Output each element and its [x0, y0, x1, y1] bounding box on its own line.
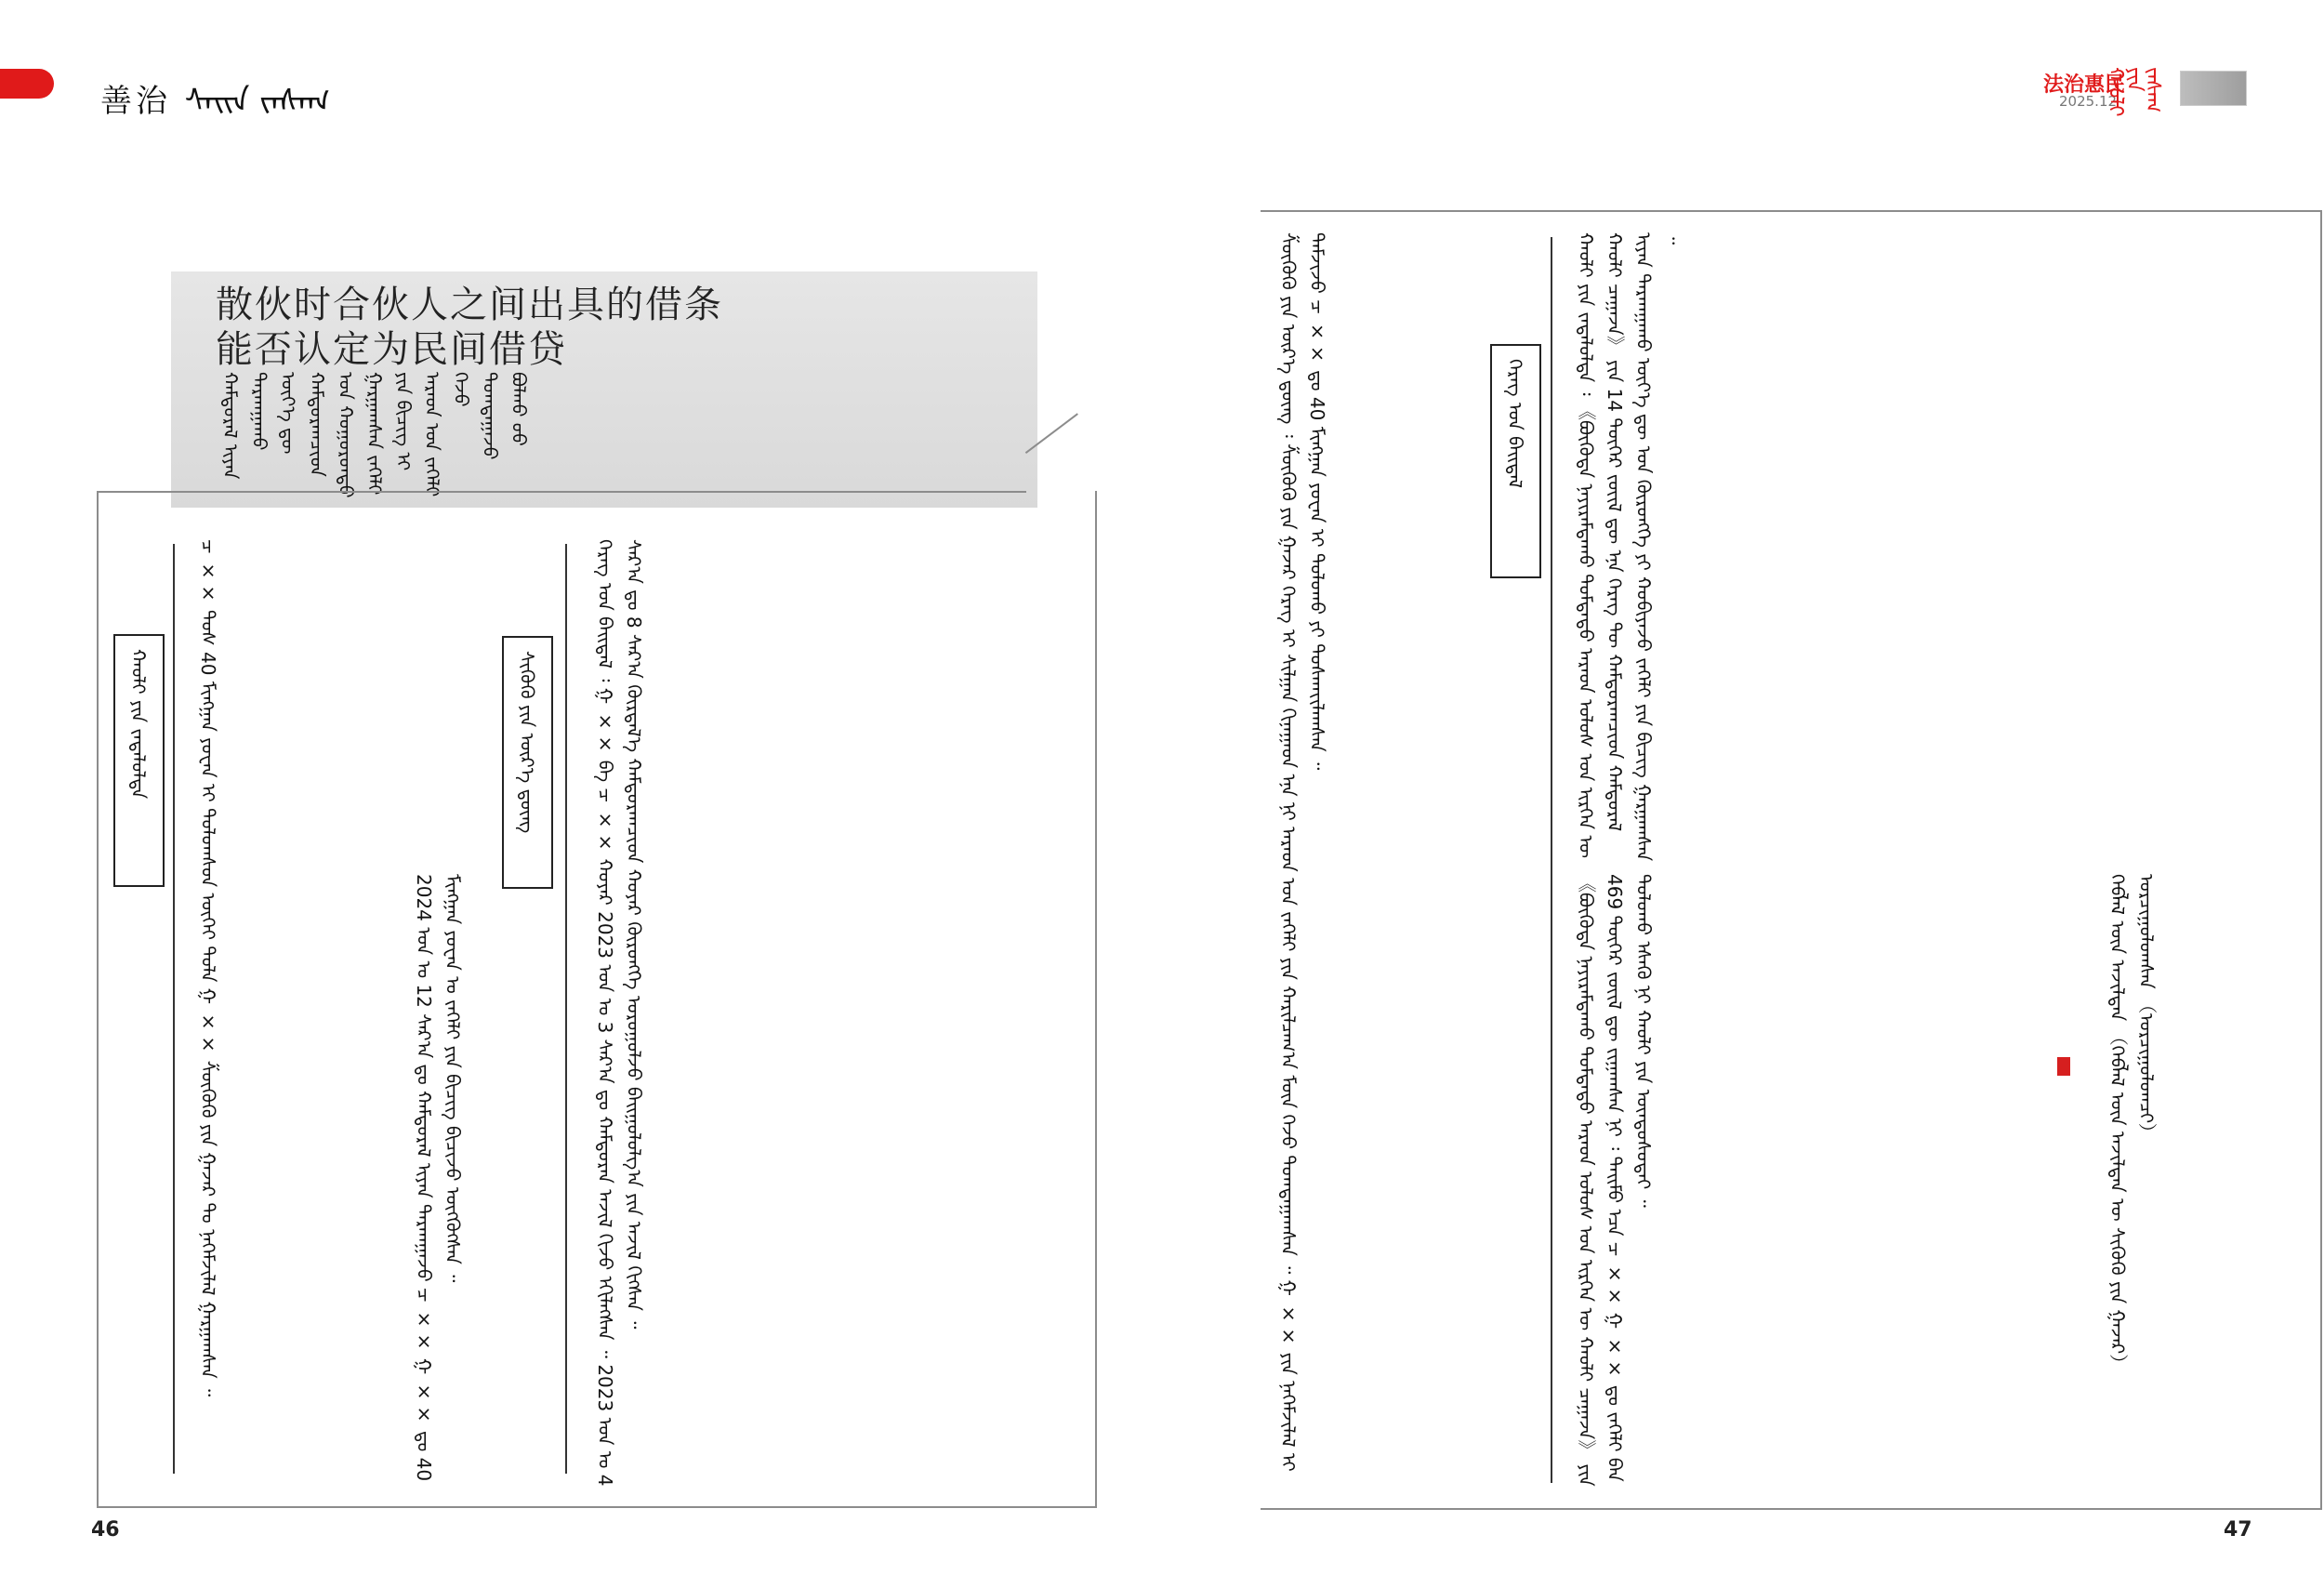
section-label: 善治 ᠰᠠᠢᠨ ᠵᠠᠰᠠᠭ	[100, 65, 330, 121]
column-rule	[565, 544, 567, 1474]
column-rule	[1551, 237, 1552, 1483]
end-mark-icon	[2057, 1057, 2070, 1076]
paragraph: ᠬᠡᠷᠡᠭ ᠤᠨ ᠪᠠᠢᠳᠠᠯ ᠄ ᠭ ×× ᠪᠠ ᠴ ×× ᠬᠣᠶᠠᠷ 202…	[594, 539, 616, 1358]
section-color-tab	[0, 69, 54, 99]
subheading-court-judgment: ᠰᠢᠭᠦᠬᠦ ᠶᠢᠨ ᠦᠷ᠎ᠡ ᠳ᠋ᠦᠩ	[502, 636, 553, 889]
column-rule	[173, 544, 175, 1474]
paragraph: ᠴ ×× ᠲᠤᠰ 40 ᠮᠢᠩᠭᠠᠨ ᠶᠤᠸᠠᠨ ᠢ ᠲᠣᠯᠣᠭᠰᠣᠨ ᠦᠭᠡᠢ…	[197, 539, 219, 1396]
panel-divider	[97, 491, 1026, 493]
text-column-block: ᠬᠠᠤᠯᠢ ᠶᠢᠨ ᠵᠠᠳᠠᠯᠤᠯᠲᠠ ᠄ 《ᠪᠦᠭᠦᠳᠡ ᠨᠠᠶᠢᠷᠠᠮᠳᠠᠬ…	[1571, 232, 2296, 865]
author-affiliation: （ᠬᠡᠪᠯᠡᠯ ᠦᠨ ᠠᠵᠢᠯᠲᠠᠨ ᠦ ᠰᠢᠭᠦᠬᠦ ᠶᠢᠨ ᠭᠠᠵᠠᠷ）	[2106, 1026, 2129, 1372]
subheading-case-facts: ᠬᠡᠷᠡᠭ ᠤᠨ ᠪᠠᠢᠳᠠᠯ	[1490, 344, 1541, 578]
article-title-mongol: ᠬᠠᠮᠲᠤᠷᠠᠯ ᠢᠶᠠᠨ ᠲᠠᠷᠬᠠᠭᠠᠬᠤ ᠦᠶ᠎ᠡ ᠳᠦ ᠬᠠᠮᠲᠤᠷᠠᠭ…	[216, 372, 866, 498]
text-column-block: 2024 ᠣᠨ ᠤ 12 ᠰᠠᠷ᠎ᠠ ᠳᠤ ᠬᠠᠮᠲᠤᠷᠠᠯ ᠢᠶᠠᠨ ᠲᠠᠷᠬ…	[409, 874, 493, 1488]
magazine-logo-icon	[2180, 71, 2247, 106]
text-column-block: ᠴ ×× ᠲᠤᠰ 40 ᠮᠢᠩᠭᠠᠨ ᠶᠤᠸᠠᠨ ᠢ ᠲᠣᠯᠣᠭᠰᠣᠨ ᠦᠭᠡᠢ…	[193, 539, 398, 1488]
subheading-legal-analysis: ᠬᠠᠤᠯᠢ ᠶᠢᠨ ᠵᠠᠳᠠᠯᠤᠯᠲᠠ	[113, 634, 165, 887]
author-name: ᠬᠡᠪᠯᠡᠯ ᠦᠨ ᠠᠵᠢᠯᠲᠠᠨ	[2106, 874, 2129, 1021]
translator-name: ᠣᠷᠴᠢᠭᠤᠯᠤᠭᠰᠠᠨ	[2135, 874, 2158, 989]
paragraph: ᠱᠦᠭᠦᠬᠦ ᠶᠢᠨ ᠦᠷ᠎ᠡ ᠳ᠋ᠦᠩ ᠄ ᠱᠦᠭᠦᠬᠦ ᠶᠢᠨ ᠭᠠᠵᠠᠷ …	[1277, 232, 1300, 1274]
text-column-block: 《ᠪᠦᠭᠦᠳᠡ ᠨᠠᠶᠢᠷᠠᠮᠳᠠᠬᠤ ᠳᠤᠮᠳᠠᠳᠤ ᠠᠷᠠᠳ ᠤᠯᠤᠰ ᠤᠨ…	[1571, 874, 2092, 1488]
paragraph: 2024 ᠣᠨ ᠤ 12 ᠰᠠᠷ᠎ᠠ ᠳᠤ ᠬᠠᠮᠲᠤᠷᠠᠯ ᠢᠶᠠᠨ ᠲᠠᠷᠬ…	[413, 874, 464, 1481]
page-number-left: 46	[91, 1518, 120, 1542]
byline-block: ᠬᠡᠪᠯᠡᠯ ᠦᠨ ᠠᠵᠢᠯᠲᠠᠨ （ᠬᠡᠪᠯᠡᠯ ᠦᠨ ᠠᠵᠢᠯᠲᠠᠨ ᠦ ᠰ…	[2103, 874, 2289, 1488]
article-title-cn: 散伙时合伙人之间出具的借条 能否认定为民间借贷	[216, 283, 723, 372]
page-number-right: 47	[2224, 1518, 2252, 1542]
magazine-title-mongol: ᠬᠠᠤᠯᠢ ᠶᠢᠨ ᠵᠠᠰᠠᠭ	[2106, 67, 2161, 113]
article-title-line1: 散伙时合伙人之间出具的借条	[216, 283, 723, 327]
translator-note: （ᠣᠷᠴᠢᠭᠤᠯᠤᠭᠴᠢ）	[2135, 995, 2158, 1142]
text-column-block: ᠬᠡᠷᠡᠭ ᠤᠨ ᠪᠠᠢᠳᠠᠯ ᠄ ᠭ ×× ᠪᠠ ᠴ ×× ᠬᠣᠶᠠᠷ 202…	[590, 539, 1083, 1488]
article-title-line2: 能否认定为民间借贷	[216, 327, 723, 372]
panel-divider	[1261, 210, 2320, 212]
